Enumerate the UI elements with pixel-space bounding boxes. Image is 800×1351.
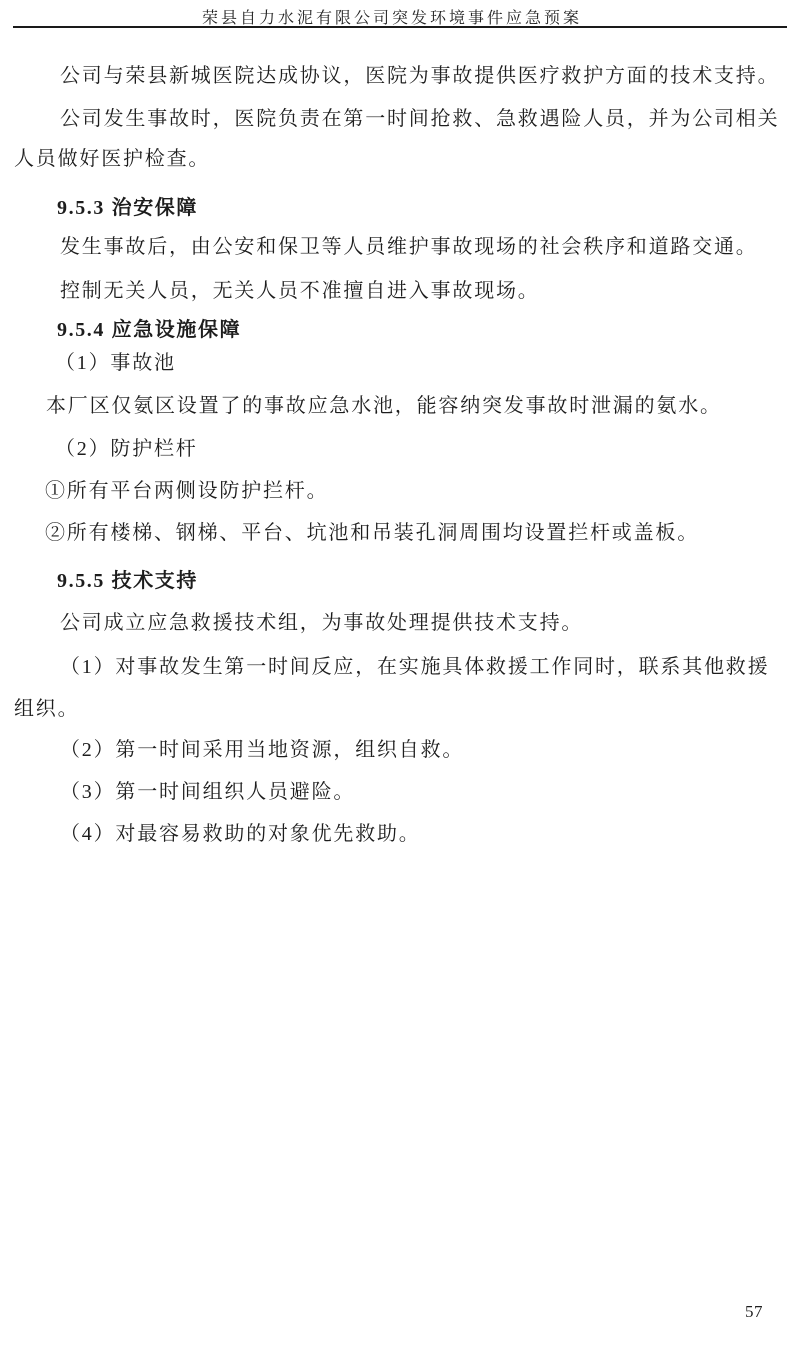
section-heading-9-5-5: 9.5.5 技术支持 (57, 569, 198, 593)
list-item-line: ①所有平台两侧设防护拦杆。 (45, 479, 328, 503)
list-item-line: （1）事故池 (55, 351, 176, 375)
section-heading-9-5-3: 9.5.3 治安保障 (57, 196, 198, 220)
list-item-line: （1）对事故发生第一时间反应，在实施具体救援工作同时，联系其他救援 (60, 655, 769, 679)
paragraph-line: 公司发生事故时，医院负责在第一时间抢救、急救遇险人员，并为公司相关 (60, 107, 779, 131)
section-heading-9-5-4: 9.5.4 应急设施保障 (57, 318, 241, 342)
list-item-line: （2）第一时间采用当地资源，组织自救。 (60, 738, 464, 762)
paragraph-line: 组织。 (14, 697, 79, 721)
paragraph-line: 本厂区仅氨区设置了的事故应急水池，能容纳突发事故时泄漏的氨水。 (46, 394, 722, 418)
list-item-line: （4）对最容易救助的对象优先救助。 (60, 822, 421, 846)
paragraph-line: 人员做好医护检查。 (14, 147, 210, 171)
paragraph-line: 发生事故后，由公安和保卫等人员维护事故现场的社会秩序和道路交通。 (60, 235, 758, 259)
paragraph-line: 控制无关人员，无关人员不准擅自进入事故现场。 (60, 279, 540, 303)
paragraph-line: 公司成立应急救援技术组，为事故处理提供技术支持。 (60, 611, 583, 635)
paragraph-line: 公司与荣县新城医院达成协议，医院为事故提供医疗救护方面的技术支持。 (60, 64, 779, 88)
header-rule (13, 26, 787, 28)
page-number: 57 (745, 1302, 763, 1322)
list-item-line: （2）防护栏杆 (55, 437, 198, 461)
list-item-line: ②所有楼梯、钢梯、平台、坑池和吊装孔洞周围均设置拦杆或盖板。 (45, 521, 699, 545)
page-header-title: 荣县自力水泥有限公司突发环境事件应急预案 (0, 5, 784, 28)
document-page: 荣县自力水泥有限公司突发环境事件应急预案 公司与荣县新城医院达成协议，医院为事故… (0, 0, 800, 1351)
list-item-line: （3）第一时间组织人员避险。 (60, 780, 355, 804)
